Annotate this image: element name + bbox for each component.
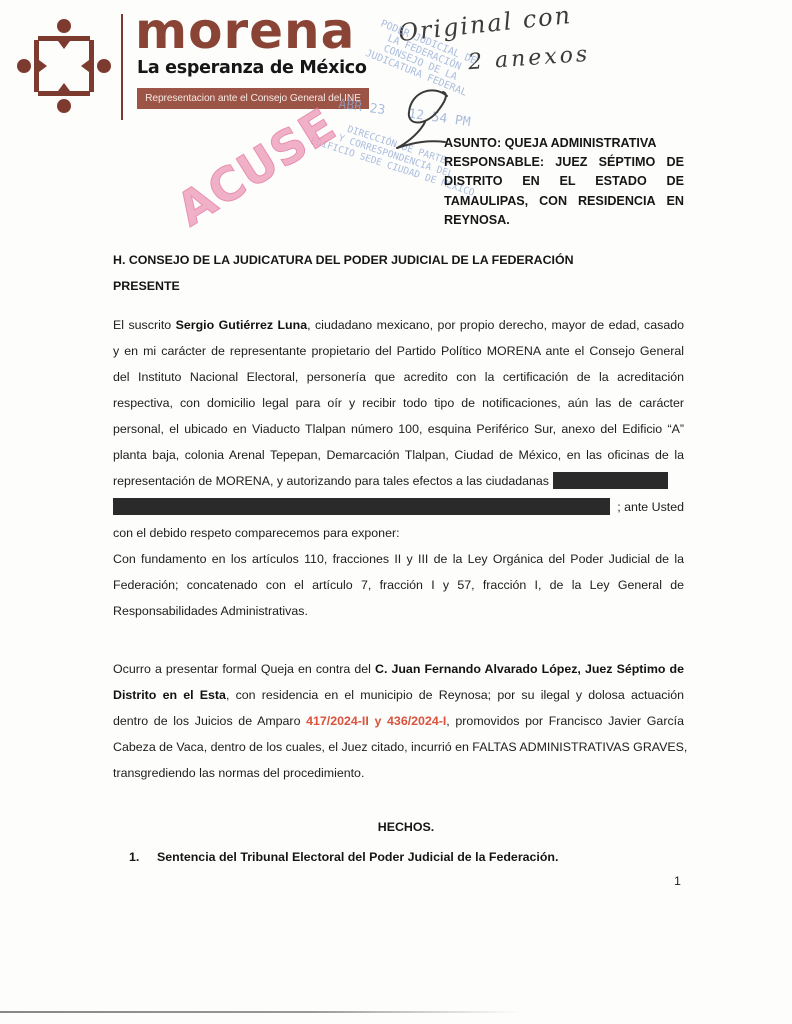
paragraph-legal-basis: Con fundamento en los artículos 110, fra… [113, 546, 684, 624]
redacted-name [113, 498, 610, 515]
salutation: PRESENTE [113, 279, 180, 293]
subject-line: REYNOSA. [444, 211, 684, 230]
subject-line: TAMAULIPAS,CONRESIDENCIAEN [444, 192, 684, 211]
acuse-stamp: ACUSE [167, 97, 345, 236]
paragraph-identification: El suscrito Sergio Gutiérrez Luna, ciuda… [113, 312, 684, 546]
page-number: 1 [674, 874, 681, 888]
subject-line: RESPONSABLE:JUEZSÉPTIMODE [444, 153, 684, 172]
addressee: H. CONSEJO DE LA JUDICATURA DEL PODER JU… [113, 253, 574, 267]
fact-item: 1.Sentencia del Tribunal Electoral del P… [129, 850, 558, 864]
handwritten-note-line2: 2 anexos [467, 42, 591, 75]
signer-name: Sergio Gutiérrez Luna [176, 318, 307, 332]
scan-edge-line [0, 1011, 520, 1013]
redacted-name [553, 472, 668, 489]
section-title-hechos: HECHOS. [0, 820, 792, 834]
document-page: morena La esperanza de México Representa… [0, 0, 792, 1024]
brand-tagline: La esperanza de México [137, 60, 367, 78]
subject-line: ASUNTO: QUEJA ADMINISTRATIVA [444, 134, 684, 153]
letterhead-divider [121, 14, 123, 120]
subject-block: ASUNTO: QUEJA ADMINISTRATIVARESPONSABLE:… [444, 134, 684, 230]
case-numbers: 417/2024-II y 436/2024-I [306, 714, 446, 728]
brand-banner: Representacion ante el Consejo General d… [137, 88, 369, 109]
subject-line: DISTRITOENELESTADODE [444, 172, 684, 191]
paragraph-complaint: Ocurro a presentar formal Queja en contr… [113, 656, 684, 786]
brand-name: morena [135, 6, 355, 56]
morena-emblem-icon [16, 18, 112, 114]
respondent-name: C. Juan Fernando Alvarado López, Juez Sé… [375, 662, 684, 676]
